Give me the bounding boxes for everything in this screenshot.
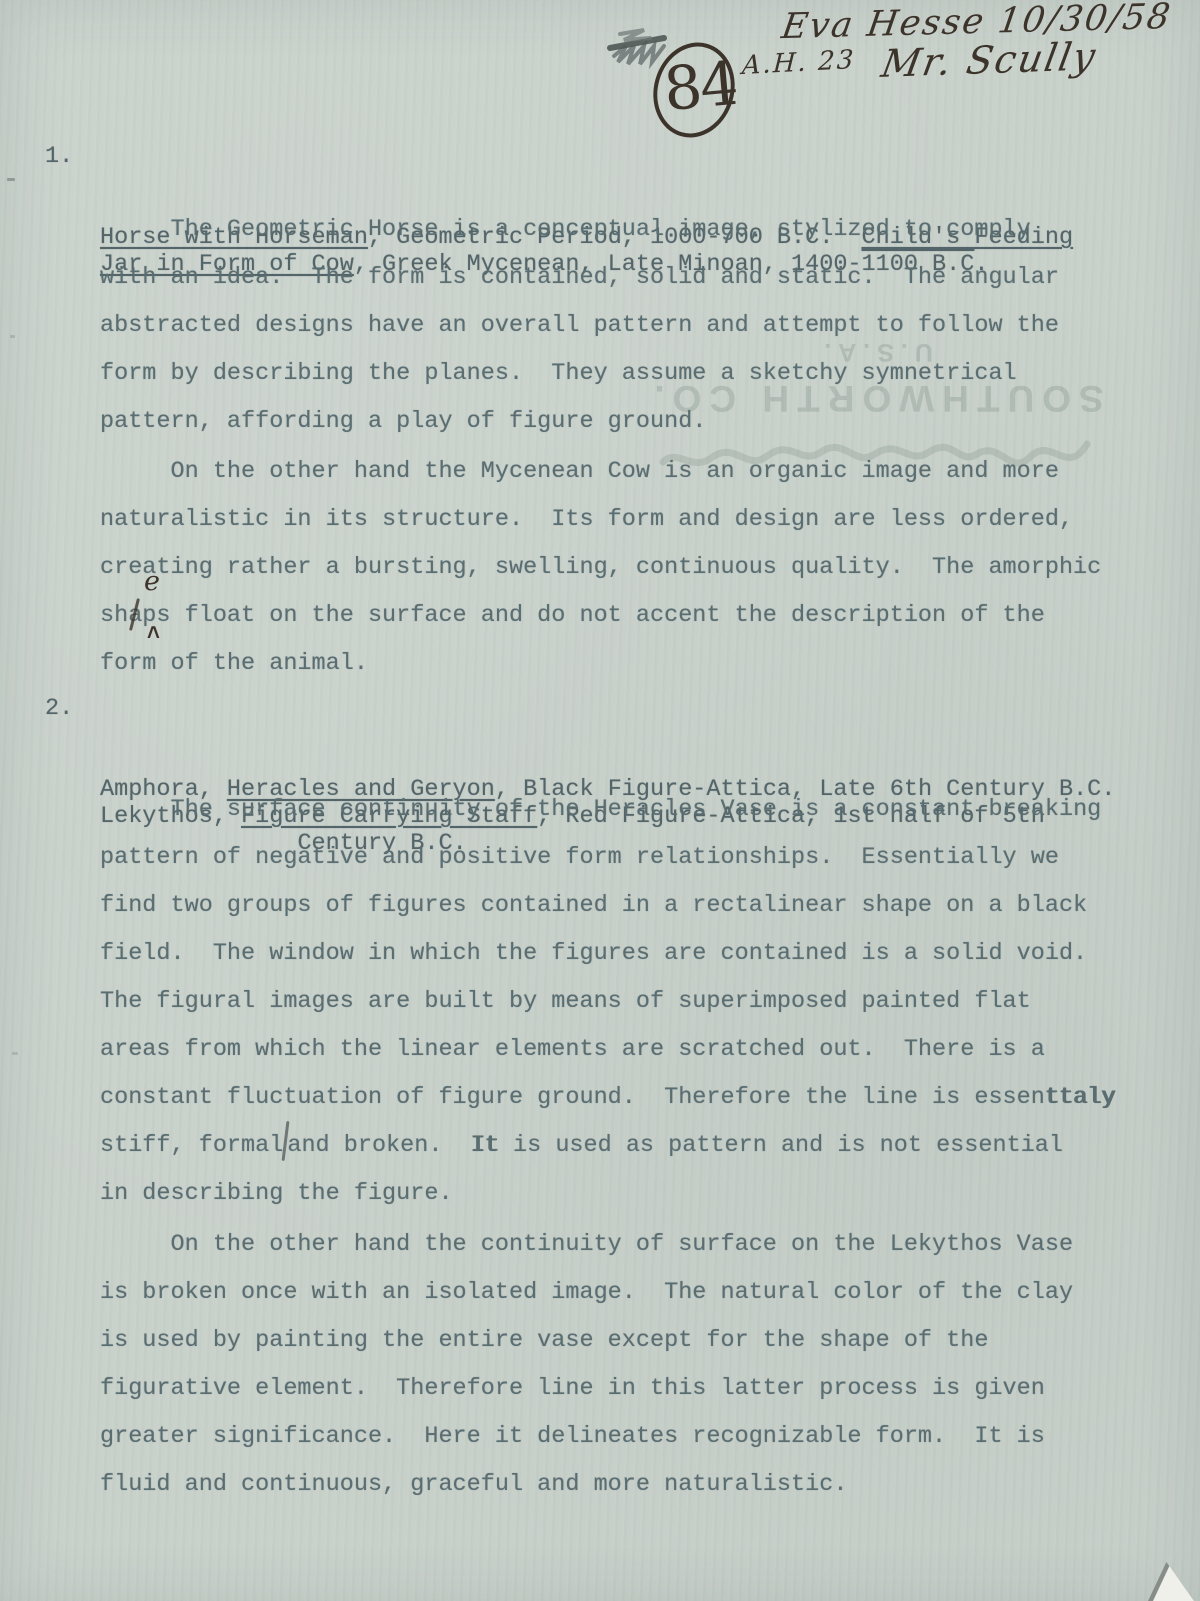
handwritten-instructor-name: Mr. Scully (878, 34, 1100, 86)
corrected-word-shapes: shapse^ (100, 602, 171, 629)
paragraph-4: On the other hand the continuity of surf… (100, 1221, 1180, 1509)
item-1-number: 1. (45, 143, 73, 170)
item-2-number: 2. (45, 695, 73, 722)
grade-value: 84 (661, 49, 739, 125)
paragraph-3: The surface continuity of the Heracles V… (100, 786, 1180, 1218)
paragraph-1: The Geometric Horse is a conceptual imag… (100, 206, 1180, 446)
pen-separator-mark (283, 1123, 287, 1159)
overtyped-text: ttaly (1045, 1084, 1116, 1111)
insertion-caret: ^ (147, 626, 160, 652)
handwritten-course-code: A.H. 23 (741, 45, 856, 81)
grade-circle: 84 (648, 38, 744, 142)
paragraph-2: On the other hand the Mycenean Cow is an… (100, 448, 1180, 688)
margin-speck (10, 335, 15, 338)
margin-speck (12, 1052, 18, 1055)
scanned-typewritten-paper: SOUTHWORTH CO. U.S.A. Eva Hesse 10/30/58… (0, 0, 1200, 1601)
inserted-letter-e: e (144, 568, 160, 595)
margin-speck (7, 178, 15, 181)
overtyped-text: It (471, 1132, 499, 1159)
